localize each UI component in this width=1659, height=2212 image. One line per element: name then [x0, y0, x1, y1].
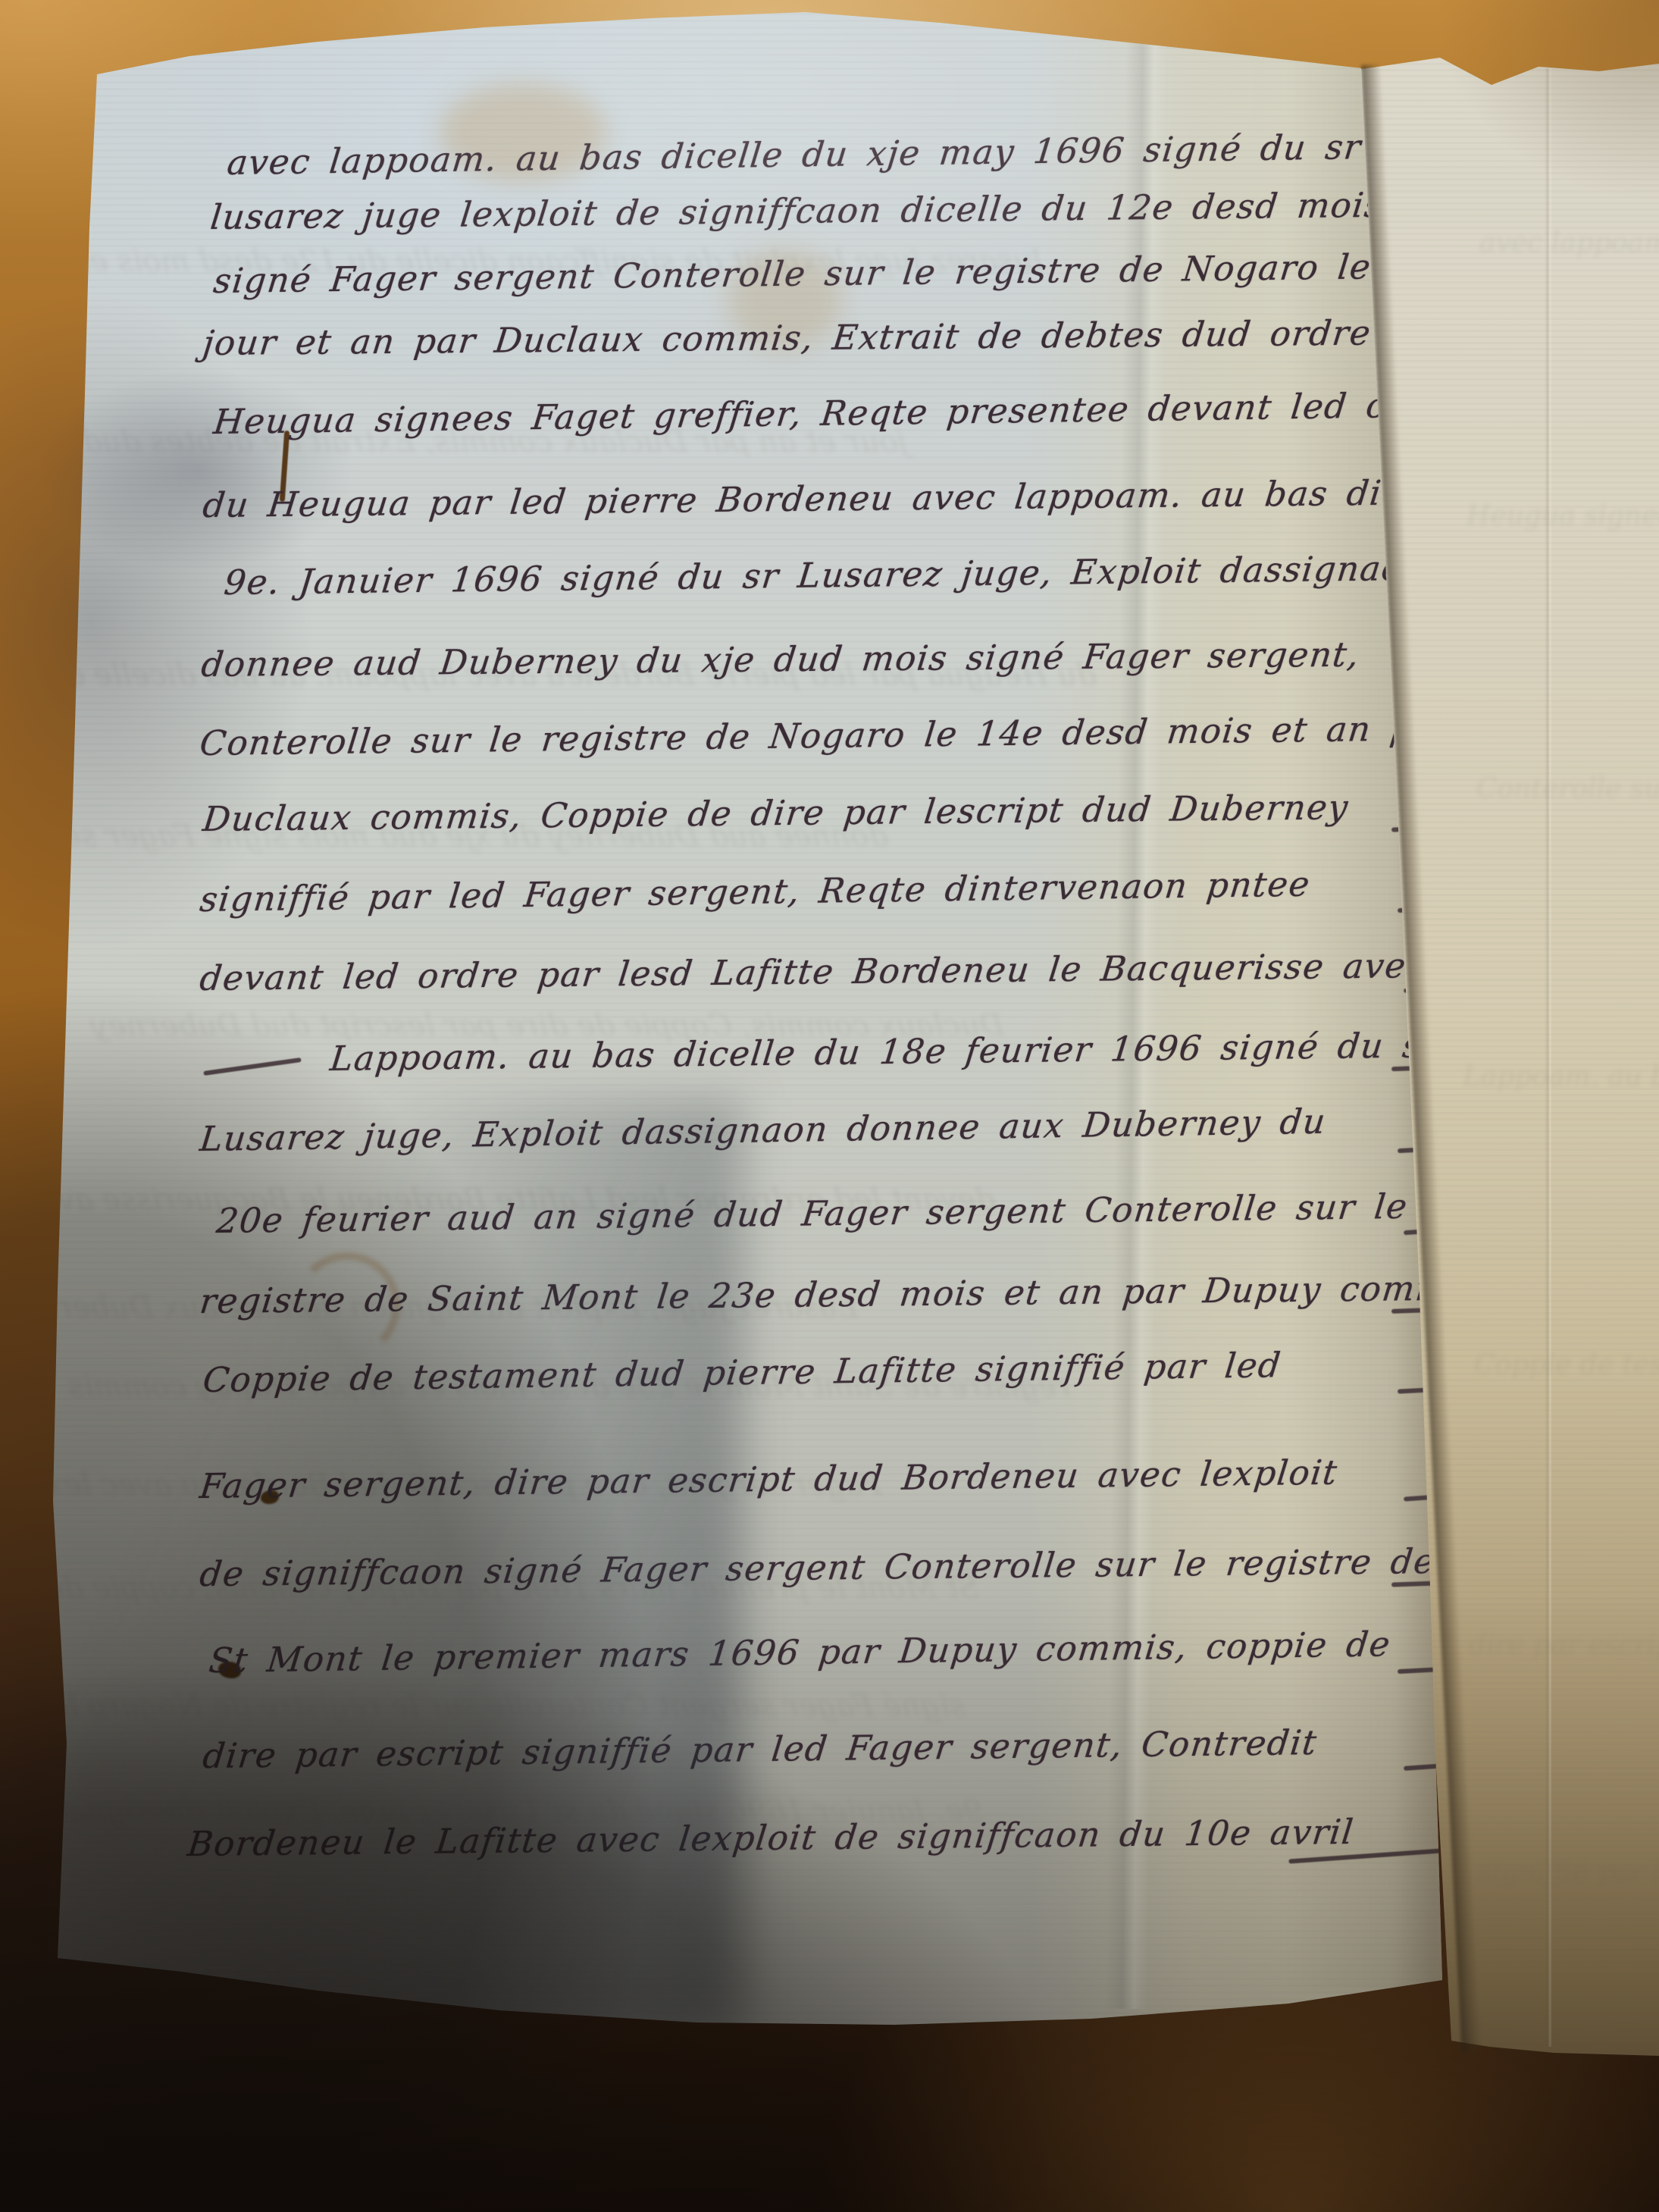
bleedthrough-text: Heugua signees Faget greffier, Reqte pre… [1466, 500, 1659, 531]
bleedthrough-text: signiffié par led Fager sergent, Reqte d… [1478, 1857, 1659, 1888]
bleedthrough-text: Coppie de testament dud pierre Lafitte s… [1474, 1349, 1659, 1380]
bleedthrough-text: avec lappoam. au bas dicelle du xje may … [1479, 227, 1659, 258]
bleedthrough-text: Conterolle sur le registre de Nogaro le … [1476, 773, 1659, 804]
bottom-left-paper-shadow [0, 1099, 743, 2039]
bleedthrough-text: Lappoam. au bas dicelle du 18e feurier 1… [1463, 1061, 1659, 1092]
bleedthrough-text: dire par escript signiffié par led Fager… [1469, 1630, 1659, 1661]
line-filler-dash [203, 1057, 302, 1076]
photo-of-manuscript: avec lappoam. au bas dicelle du xje may … [0, 0, 1659, 2212]
